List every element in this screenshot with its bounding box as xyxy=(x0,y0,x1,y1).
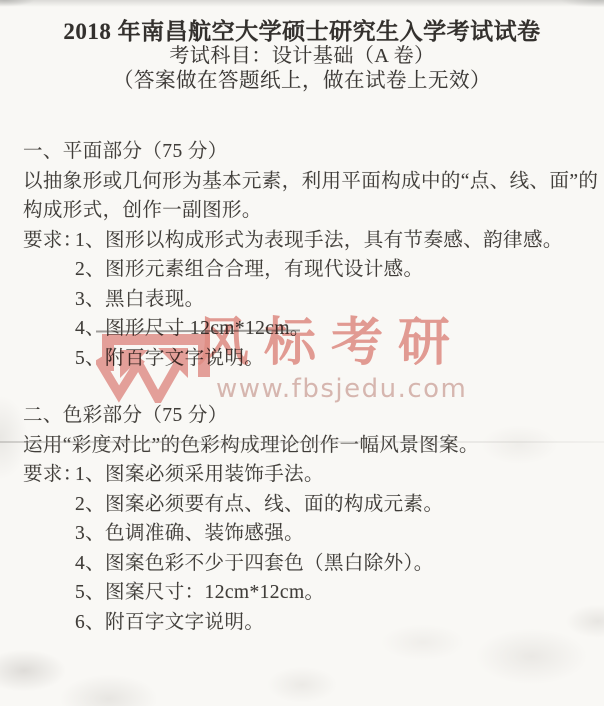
scan-crease-line xyxy=(0,441,604,443)
section-intro-line: 构成形式，创作一副图形。 xyxy=(23,196,598,226)
scan-smudge xyxy=(544,0,604,12)
requirement-item: 1、图案必须采用装饰手法。 xyxy=(75,460,324,490)
section-intro-line: 以抽象形或几何形为基本元素，利用平面构成中的“点、线、面”的 xyxy=(23,167,598,197)
requirement-item: 6、附百字文字说明。 xyxy=(75,608,598,638)
exam-paper-page: 2018 年南昌航空大学硕士研究生入学考试试卷 考试科目：设计基础（A 卷） （… xyxy=(0,0,604,706)
section-heading: 一、平面部分（75 分） xyxy=(23,137,598,167)
requirement-item: 4、图案色彩不少于四套色（黑白除外）。 xyxy=(75,549,598,579)
section-color-part: 二、色彩部分（75 分） 运用“彩度对比”的色彩构成理论创作一幅风景图案。 要求… xyxy=(23,401,598,637)
watermark-url: www.fbsjedu.com xyxy=(216,374,467,404)
requirement-item: 5、附百字文字说明。 xyxy=(75,344,598,374)
section-plane-part: 一、平面部分（75 分） 以抽象形或几何形为基本元素，利用平面构成中的“点、线、… xyxy=(23,137,598,373)
requirement-item: 2、图案必须要有点、线、面的构成元素。 xyxy=(75,490,598,520)
section-heading: 二、色彩部分（75 分） xyxy=(23,401,598,431)
requirement-item: 4、图形尺寸 12cm*12cm。 xyxy=(75,314,598,344)
section-intro-line: 运用“彩度对比”的色彩构成理论创作一幅风景图案。 xyxy=(23,431,598,461)
requirement-item: 3、色调准确、装饰感强。 xyxy=(75,519,598,549)
requirement-item: 5、图案尺寸：12cm*12cm。 xyxy=(75,578,598,608)
answer-notice-line: （答案做在答题纸上，做在试卷上无效） xyxy=(0,63,604,93)
requirements-first-line: 要求： 1、图形以构成形式为表现手法，具有节奏感、韵律感。 xyxy=(23,226,598,256)
requirements-label: 要求： xyxy=(23,226,75,256)
requirements-first-line: 要求： 1、图案必须采用装饰手法。 xyxy=(23,460,598,490)
scan-smudge xyxy=(0,0,46,10)
requirement-item: 2、图形元素组合合理，有现代设计感。 xyxy=(75,255,598,285)
requirement-item: 3、黑白表现。 xyxy=(75,285,598,315)
requirements-label: 要求： xyxy=(23,460,75,490)
requirement-item: 1、图形以构成形式为表现手法，具有节奏感、韵律感。 xyxy=(75,226,563,256)
